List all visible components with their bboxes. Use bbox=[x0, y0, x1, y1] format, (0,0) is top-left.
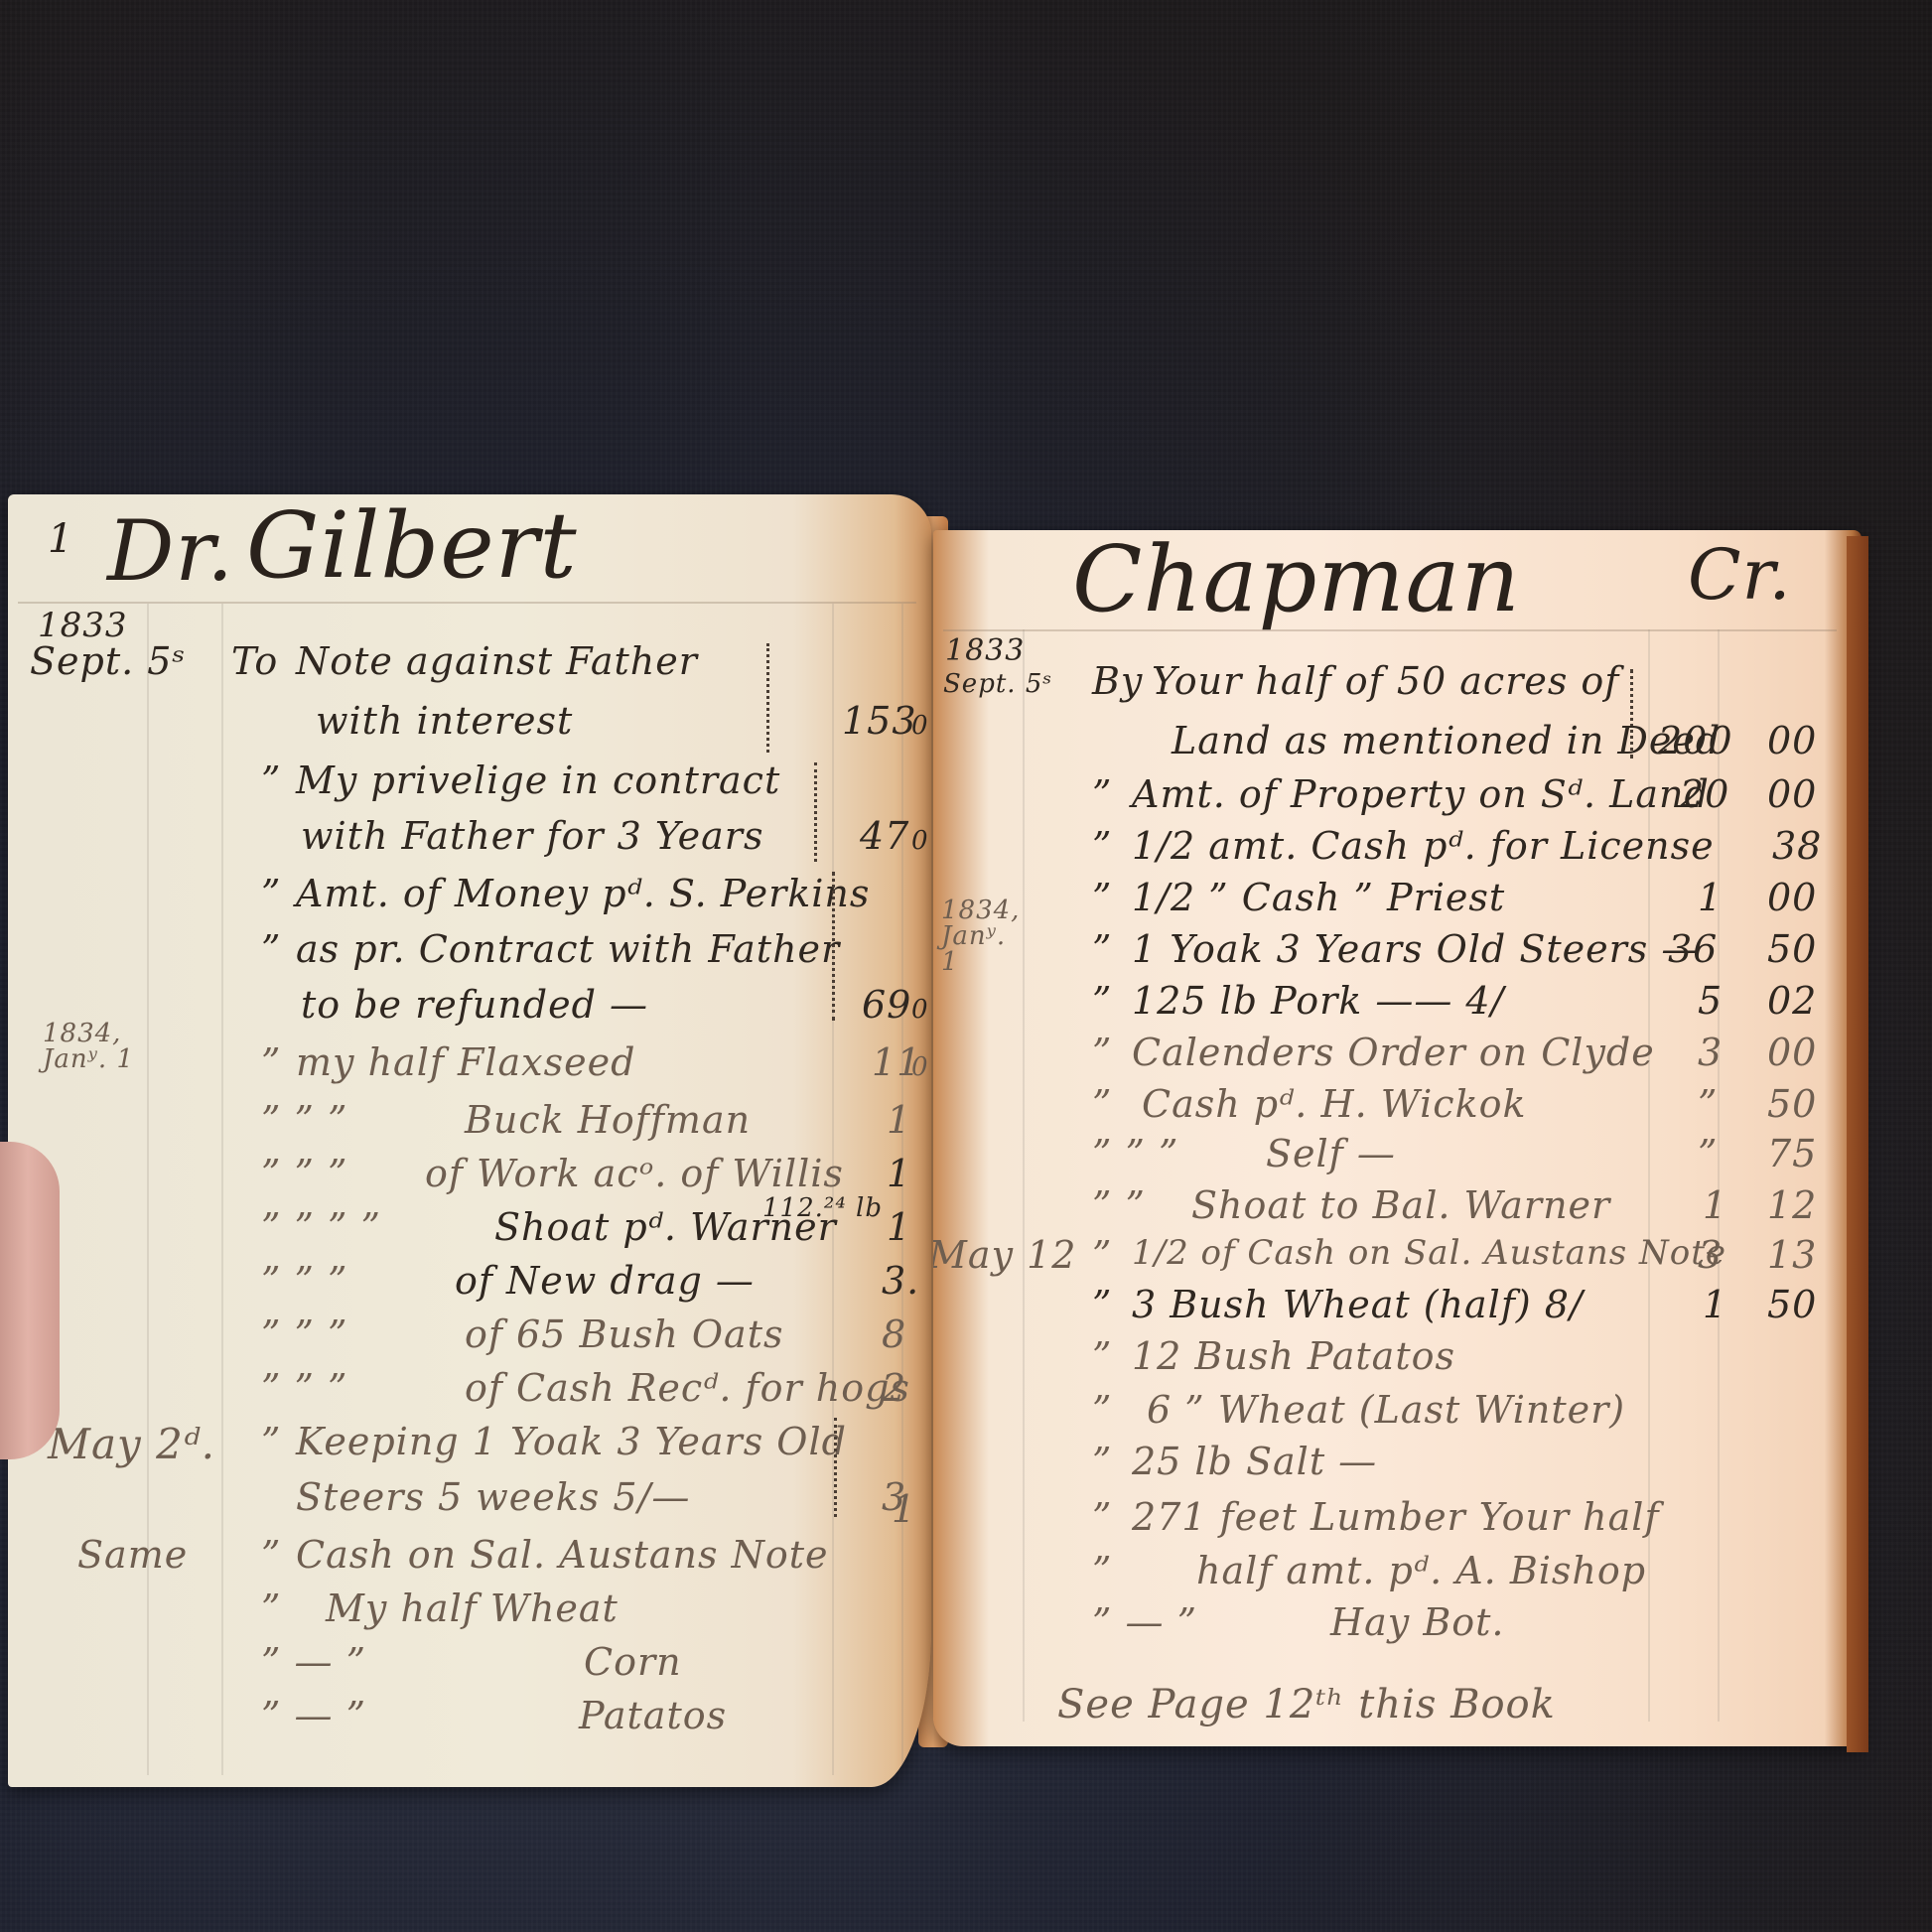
entry-text: Land as mentioned in Deed bbox=[1172, 719, 1721, 762]
entry-dollars: 1 bbox=[1703, 1283, 1727, 1326]
entry-dollars: 1 bbox=[892, 1487, 916, 1531]
entry-text: 1/2 amt. Cash pᵈ. for License bbox=[1132, 824, 1715, 868]
entry-prefix: ” ” ” ” bbox=[261, 1205, 381, 1249]
entry-date: 1834, Janʸ. 1 bbox=[941, 897, 1031, 975]
entry-cents: 0 bbox=[911, 711, 929, 741]
entry-text: of Work acᵒ. of Willis bbox=[425, 1152, 844, 1195]
entry-text: Cash pᵈ. H. Wickok bbox=[1142, 1082, 1527, 1126]
entry-prefix: ” bbox=[261, 1420, 281, 1463]
entry-text: 271 feet Lumber Your half bbox=[1132, 1495, 1660, 1539]
entry-cents: 00 bbox=[1767, 876, 1817, 919]
entry-text: half amt. pᵈ. A. Bishop bbox=[1196, 1549, 1646, 1592]
entry-date: Sept. 5ˢ bbox=[943, 669, 1052, 699]
entry-date: May 12 bbox=[933, 1233, 1076, 1277]
entry-dollars: 69 bbox=[862, 983, 911, 1027]
entry-dollars: 36 bbox=[1668, 927, 1718, 971]
ledger-right-page: Chapman Cr. 1833 Sept. 5ˢ By Your half o… bbox=[933, 530, 1862, 1746]
account-name-left: Gilbert bbox=[246, 494, 578, 599]
entry-prefix: ” bbox=[1092, 1334, 1112, 1378]
entry-prefix: ” bbox=[1092, 1283, 1112, 1326]
entry-cents: 02 bbox=[1767, 979, 1817, 1023]
entry-dollars: ” bbox=[1698, 1132, 1718, 1175]
entry-date: 1834, Janʸ. 1 bbox=[43, 1021, 142, 1072]
entry-prefix: ” ” ” bbox=[261, 1152, 347, 1195]
entry-prefix: ” — ” bbox=[261, 1694, 366, 1737]
entry-prefix: ” bbox=[261, 1587, 281, 1630]
entry-text: as pr. Contract with Father bbox=[296, 927, 840, 971]
entry-dollars: 20 bbox=[1680, 772, 1729, 816]
entry-cents: 50 bbox=[1767, 927, 1817, 971]
entry-dollars: 2 bbox=[882, 1366, 906, 1410]
entry-text: of 65 Bush Oats bbox=[465, 1312, 784, 1356]
entry-dollars: 8 bbox=[882, 1312, 906, 1356]
entry-text: My privelige in contract bbox=[296, 759, 780, 802]
entry-prefix: ” bbox=[1092, 772, 1112, 816]
entry-text: Steers 5 weeks 5/— bbox=[296, 1475, 690, 1519]
entry-prefix: ” bbox=[1092, 1549, 1112, 1592]
entry-text: to be refunded — bbox=[301, 983, 648, 1027]
entry-prefix: ” ” ” bbox=[261, 1259, 347, 1303]
ledger-left-page: 1 Dr. Gilbert 1833 Sept. 5ˢ To Note agai… bbox=[8, 494, 931, 1787]
entry-prefix: ” — ” bbox=[1092, 1600, 1197, 1644]
entry-text: Buck Hoffman bbox=[465, 1098, 751, 1142]
entry-prefix: ” ” bbox=[1092, 1183, 1146, 1227]
entry-dollars: 1 bbox=[887, 1205, 911, 1249]
entry-prefix: ” bbox=[1092, 1233, 1112, 1277]
entry-text: My half Wheat bbox=[326, 1587, 619, 1630]
entry-text: of New drag — bbox=[455, 1259, 755, 1303]
entry-text: with interest bbox=[316, 699, 573, 743]
brace-mark bbox=[822, 1418, 837, 1517]
entry-prefix: ” bbox=[1092, 1440, 1112, 1483]
book-fore-edge bbox=[1847, 536, 1868, 1752]
entry-text: Corn bbox=[584, 1640, 682, 1684]
entry-prefix: ” ” ” bbox=[261, 1366, 347, 1410]
entry-prefix: ” bbox=[261, 1533, 281, 1577]
entry-text: Cash on Sal. Austans Note bbox=[296, 1533, 829, 1577]
entry-text: Note against Father bbox=[296, 639, 698, 683]
page-reference-note: See Page 12ᵗʰ this Book bbox=[1057, 1682, 1556, 1727]
entry-weight-note: 112.²⁴ lb bbox=[762, 1193, 883, 1223]
entry-prefix: ” — ” bbox=[261, 1640, 366, 1684]
date-column-rule bbox=[1023, 629, 1025, 1722]
entry-dollars: ” bbox=[1698, 1082, 1718, 1126]
entry-dollars: 200 bbox=[1658, 719, 1733, 762]
entry-prefix: ” ” ” bbox=[261, 1098, 347, 1142]
holding-thumb bbox=[0, 1142, 60, 1459]
entry-text: Self — bbox=[1266, 1132, 1396, 1175]
entry-text: Calenders Order on Clyde bbox=[1132, 1031, 1655, 1074]
entry-cents: 0 bbox=[911, 1052, 929, 1082]
entry-date: May 2ᵈ. bbox=[48, 1420, 215, 1468]
entry-cents: 00 bbox=[1767, 772, 1817, 816]
brace-mark bbox=[755, 643, 769, 753]
entry-prefix: By bbox=[1092, 659, 1143, 703]
account-name-right: Chapman bbox=[1072, 530, 1521, 632]
entry-text: 125 lb Pork —— 4/ bbox=[1132, 979, 1504, 1023]
entry-text: 6 ” Wheat (Last Winter) bbox=[1147, 1388, 1625, 1432]
entry-text: my half Flaxseed bbox=[296, 1040, 635, 1084]
entry-text: of Cash Recᵈ. for hogs bbox=[465, 1366, 910, 1410]
entry-text: Amt. of Money pᵈ. S. Perkins bbox=[296, 872, 870, 915]
entry-date: Same bbox=[77, 1533, 188, 1577]
entry-prefix: ” bbox=[1092, 824, 1112, 868]
brace-mark bbox=[802, 762, 817, 862]
entry-prefix: ” bbox=[1092, 1031, 1112, 1074]
entry-prefix: ” bbox=[261, 872, 281, 915]
date-column-rule bbox=[147, 604, 149, 1775]
entry-dollars: 1 bbox=[887, 1098, 911, 1142]
entry-cents: 0 bbox=[911, 826, 929, 856]
entry-cents: 00 bbox=[1767, 1031, 1817, 1074]
entry-prefix: ” ” ” bbox=[261, 1312, 347, 1356]
entry-cents: 12 bbox=[1767, 1183, 1817, 1227]
entry-text: 25 lb Salt — bbox=[1132, 1440, 1377, 1483]
entry-dollars: 1 bbox=[1703, 1183, 1727, 1227]
entry-text: with Father for 3 Years bbox=[301, 814, 763, 858]
entry-prefix: ” bbox=[1092, 1388, 1112, 1432]
entry-text: 1 Yoak 3 Years Old Steers — bbox=[1132, 927, 1700, 971]
entry-cents: 50 bbox=[1767, 1082, 1817, 1126]
entry-cents: 0 bbox=[911, 995, 929, 1025]
entry-dollars: 153 bbox=[842, 699, 917, 743]
entry-dollars: 5 bbox=[1698, 979, 1723, 1023]
entry-dollars: 3 bbox=[1698, 1233, 1723, 1277]
entry-prefix: ” bbox=[1092, 1082, 1112, 1126]
entry-text: 1/2 ” Cash ” Priest bbox=[1132, 876, 1505, 919]
entry-prefix: ” bbox=[261, 759, 281, 802]
entry-cents: 50 bbox=[1767, 1283, 1817, 1326]
entry-date: Sept. 5ˢ bbox=[30, 639, 186, 683]
entry-dollars: 1 bbox=[887, 1152, 911, 1195]
header-rule bbox=[18, 602, 916, 604]
entry-text: 1/2 of Cash on Sal. Austans Note bbox=[1132, 1233, 1726, 1273]
credit-label: Cr. bbox=[1688, 534, 1792, 616]
prefix-column-rule bbox=[221, 604, 223, 1775]
entry-prefix: ” bbox=[1092, 927, 1112, 971]
entry-dollars: 47 bbox=[860, 814, 909, 858]
entry-cents: 38 bbox=[1772, 824, 1822, 868]
entry-cents: 00 bbox=[1767, 719, 1817, 762]
entry-text: Your half of 50 acres of bbox=[1152, 659, 1619, 703]
entry-text: Shoat to Bal. Warner bbox=[1191, 1183, 1610, 1227]
entry-text: 12 Bush Patatos bbox=[1132, 1334, 1455, 1378]
entry-prefix: ” bbox=[261, 1040, 281, 1084]
entry-prefix: ” bbox=[261, 927, 281, 971]
entry-cents: 75 bbox=[1767, 1132, 1817, 1175]
entry-text: Keeping 1 Yoak 3 Years Old bbox=[296, 1420, 847, 1463]
entry-text: 3 Bush Wheat (half) 8/ bbox=[1132, 1283, 1584, 1326]
entry-dollars: 1 bbox=[1698, 876, 1723, 919]
entry-prefix: To bbox=[231, 639, 278, 683]
entry-dollars: 3 bbox=[1698, 1031, 1723, 1074]
debit-label: Dr. bbox=[107, 502, 234, 600]
entry-text: Hay Bot. bbox=[1330, 1600, 1505, 1644]
entry-dollars: 3. bbox=[882, 1259, 919, 1303]
entry-prefix: ” bbox=[1092, 1495, 1112, 1539]
entry-prefix: ” bbox=[1092, 876, 1112, 919]
page-number: 1 bbox=[48, 516, 73, 562]
entry-text: Patatos bbox=[579, 1694, 727, 1737]
year-label: 1833 bbox=[945, 633, 1025, 668]
entry-text: Amt. of Property on Sᵈ. Land bbox=[1132, 772, 1710, 816]
entry-prefix: ” bbox=[1092, 979, 1112, 1023]
entry-prefix: ” ” ” bbox=[1092, 1132, 1178, 1175]
entry-cents: 13 bbox=[1767, 1233, 1817, 1277]
